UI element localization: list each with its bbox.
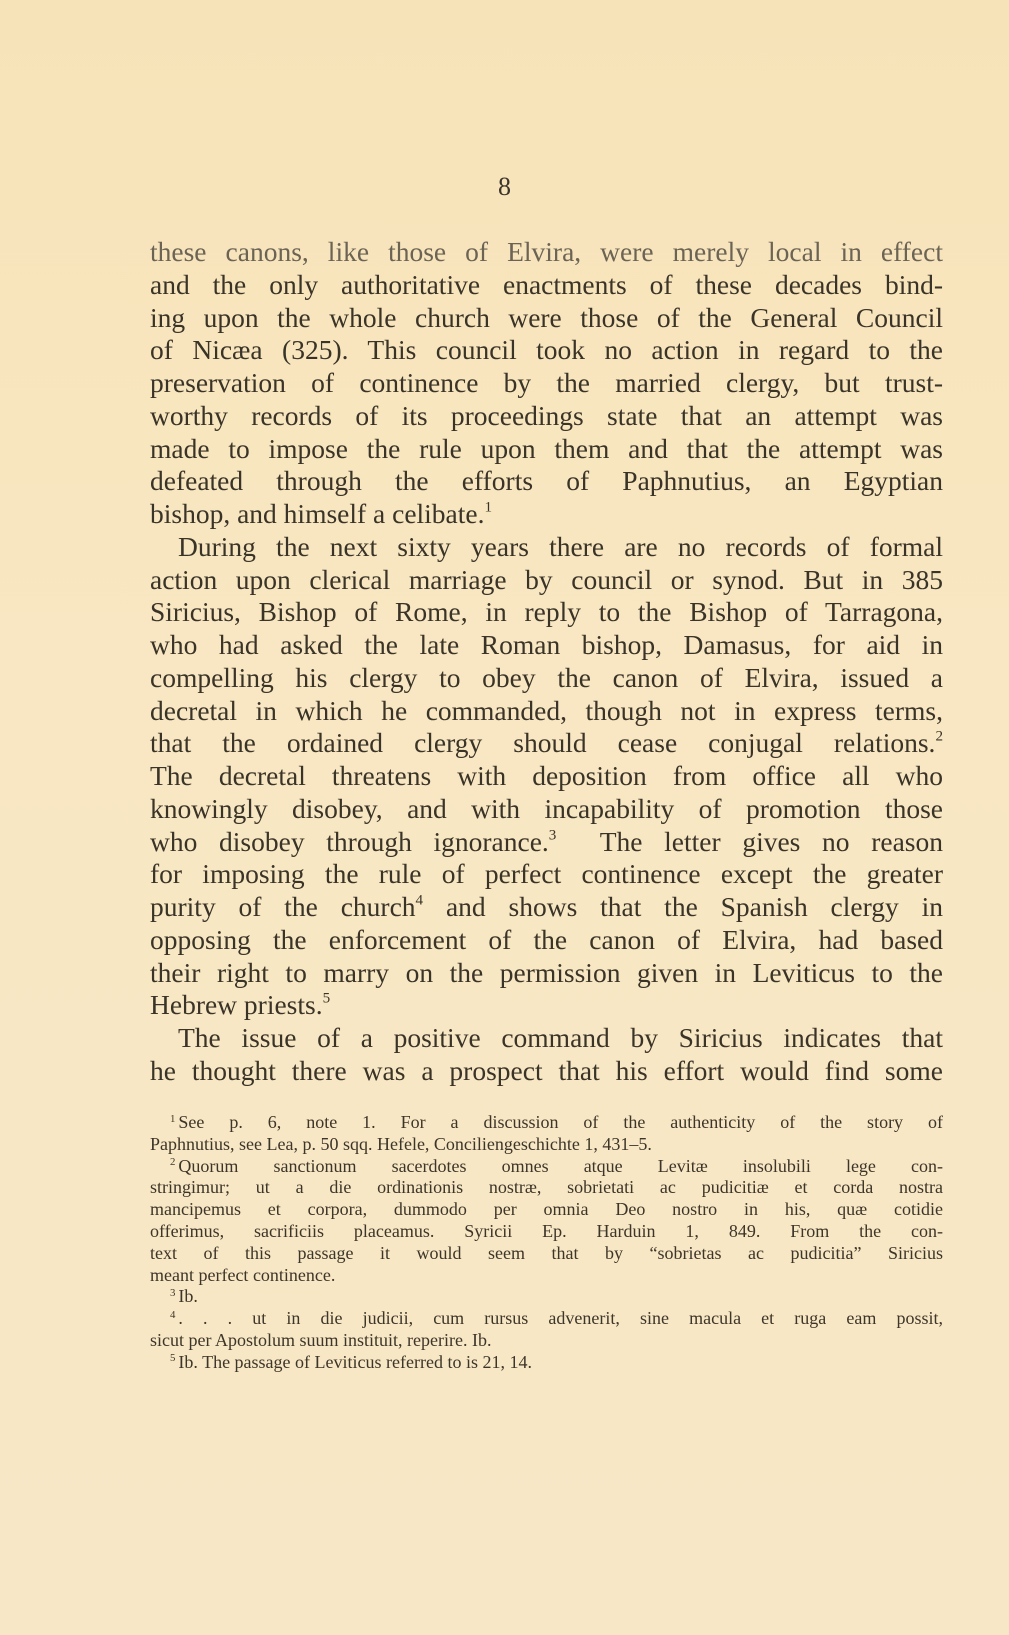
text-line: compelling his clergy to obey the canon … [150,662,943,695]
text-line: Siricius, Bishop of Rome, in reply to th… [150,596,943,629]
footnote-ref: 1 [485,500,493,516]
text-line: for imposing the rule of perfect contine… [150,858,943,891]
footnote-line: 1See p. 6, note 1. For a discussion of t… [150,1112,943,1134]
footnote-mark: 4 [170,1309,175,1321]
footnote-2: 2Quorum sanctionum sacerdotes omnes atqu… [150,1156,943,1287]
footnotes: 1See p. 6, note 1. For a discussion of t… [150,1112,943,1374]
footnote-ref: 4 [416,893,424,909]
footnote-line: 3Ib. [150,1286,943,1308]
text-line: he thought there was a prospect that his… [150,1055,943,1088]
footnote-3: 3Ib. [150,1286,943,1308]
body-text: these canons, like those of Elvira, were… [150,236,943,1088]
text-line: action upon clerical marriage by council… [150,564,943,597]
text-line: defeated through the efforts of Paphnuti… [150,465,943,498]
text-line: ing upon the whole church were those of … [150,302,943,335]
footnote-mark: 2 [170,1156,175,1168]
footnote-line: 2Quorum sanctionum sacerdotes omnes atqu… [150,1156,943,1178]
footnote-ref: 2 [935,729,943,745]
footnote-mark: 3 [170,1287,175,1299]
paragraph: these canons, like those of Elvira, were… [150,236,943,531]
text-line: bishop, and himself a celibate.1 [150,498,943,531]
text-line: During the next sixty years there are no… [150,531,943,564]
footnote-line: meant perfect continence. [150,1265,943,1287]
text-line: knowingly disobey, and with incapability… [150,793,943,826]
footnote-4: 4. . . ut in die judicii, cum rursus adv… [150,1308,943,1352]
footnote-mark: 1 [170,1113,175,1125]
text-line: who had asked the late Roman bishop, Dam… [150,629,943,662]
paragraph: The issue of a positive command by Siric… [150,1022,943,1088]
text-line: of Nicæa (325). This council took no act… [150,334,943,367]
text-line: Hebrew priests.5 [150,989,943,1022]
text-line: preservation of continence by the marrie… [150,367,943,400]
text-line: and the only authoritative enactments of… [150,269,943,302]
page-number: 8 [0,172,1009,202]
footnote-line: Paphnutius, see Lea, p. 50 sqq. Hefele, … [150,1134,943,1156]
footnote-5: 5Ib. The passage of Leviticus referred t… [150,1352,943,1374]
text-line: opposing the enforcement of the canon of… [150,924,943,957]
footnote-line: offerimus, sacrificiis placeamus. Syrici… [150,1221,943,1243]
text-line: these canons, like those of Elvira, were… [150,236,943,269]
text-line: decretal in which he commanded, though n… [150,695,943,728]
footnote-line: text of this passage it would seem that … [150,1243,943,1265]
text-line: made to impose the rule upon them and th… [150,433,943,466]
footnote-line: mancipemus et corpora, dummodo per omnia… [150,1199,943,1221]
footnote-line: 4. . . ut in die judicii, cum rursus adv… [150,1308,943,1330]
footnote-ref: 3 [549,827,557,843]
text-line: The issue of a positive command by Siric… [150,1022,943,1055]
footnote-line: stringimur; ut a die ordinationis nostræ… [150,1177,943,1199]
text-line: worthy records of its proceedings state … [150,400,943,433]
text-line: The decretal threatens with deposition f… [150,760,943,793]
footnote-line: 5Ib. The passage of Leviticus referred t… [150,1352,943,1374]
footnote-line: sicut per Apostolum suum instituit, repe… [150,1330,943,1352]
text-line: who disobey through ignorance.3 The lett… [150,826,943,859]
footnote-mark: 5 [170,1352,175,1364]
footnote-ref: 5 [323,991,331,1007]
text-line: their right to marry on the permission g… [150,957,943,990]
paragraph: During the next sixty years there are no… [150,531,943,1022]
text-line: purity of the church4 and shows that the… [150,891,943,924]
text-line: that the ordained clergy should cease co… [150,727,943,760]
footnote-1: 1See p. 6, note 1. For a discussion of t… [150,1112,943,1156]
